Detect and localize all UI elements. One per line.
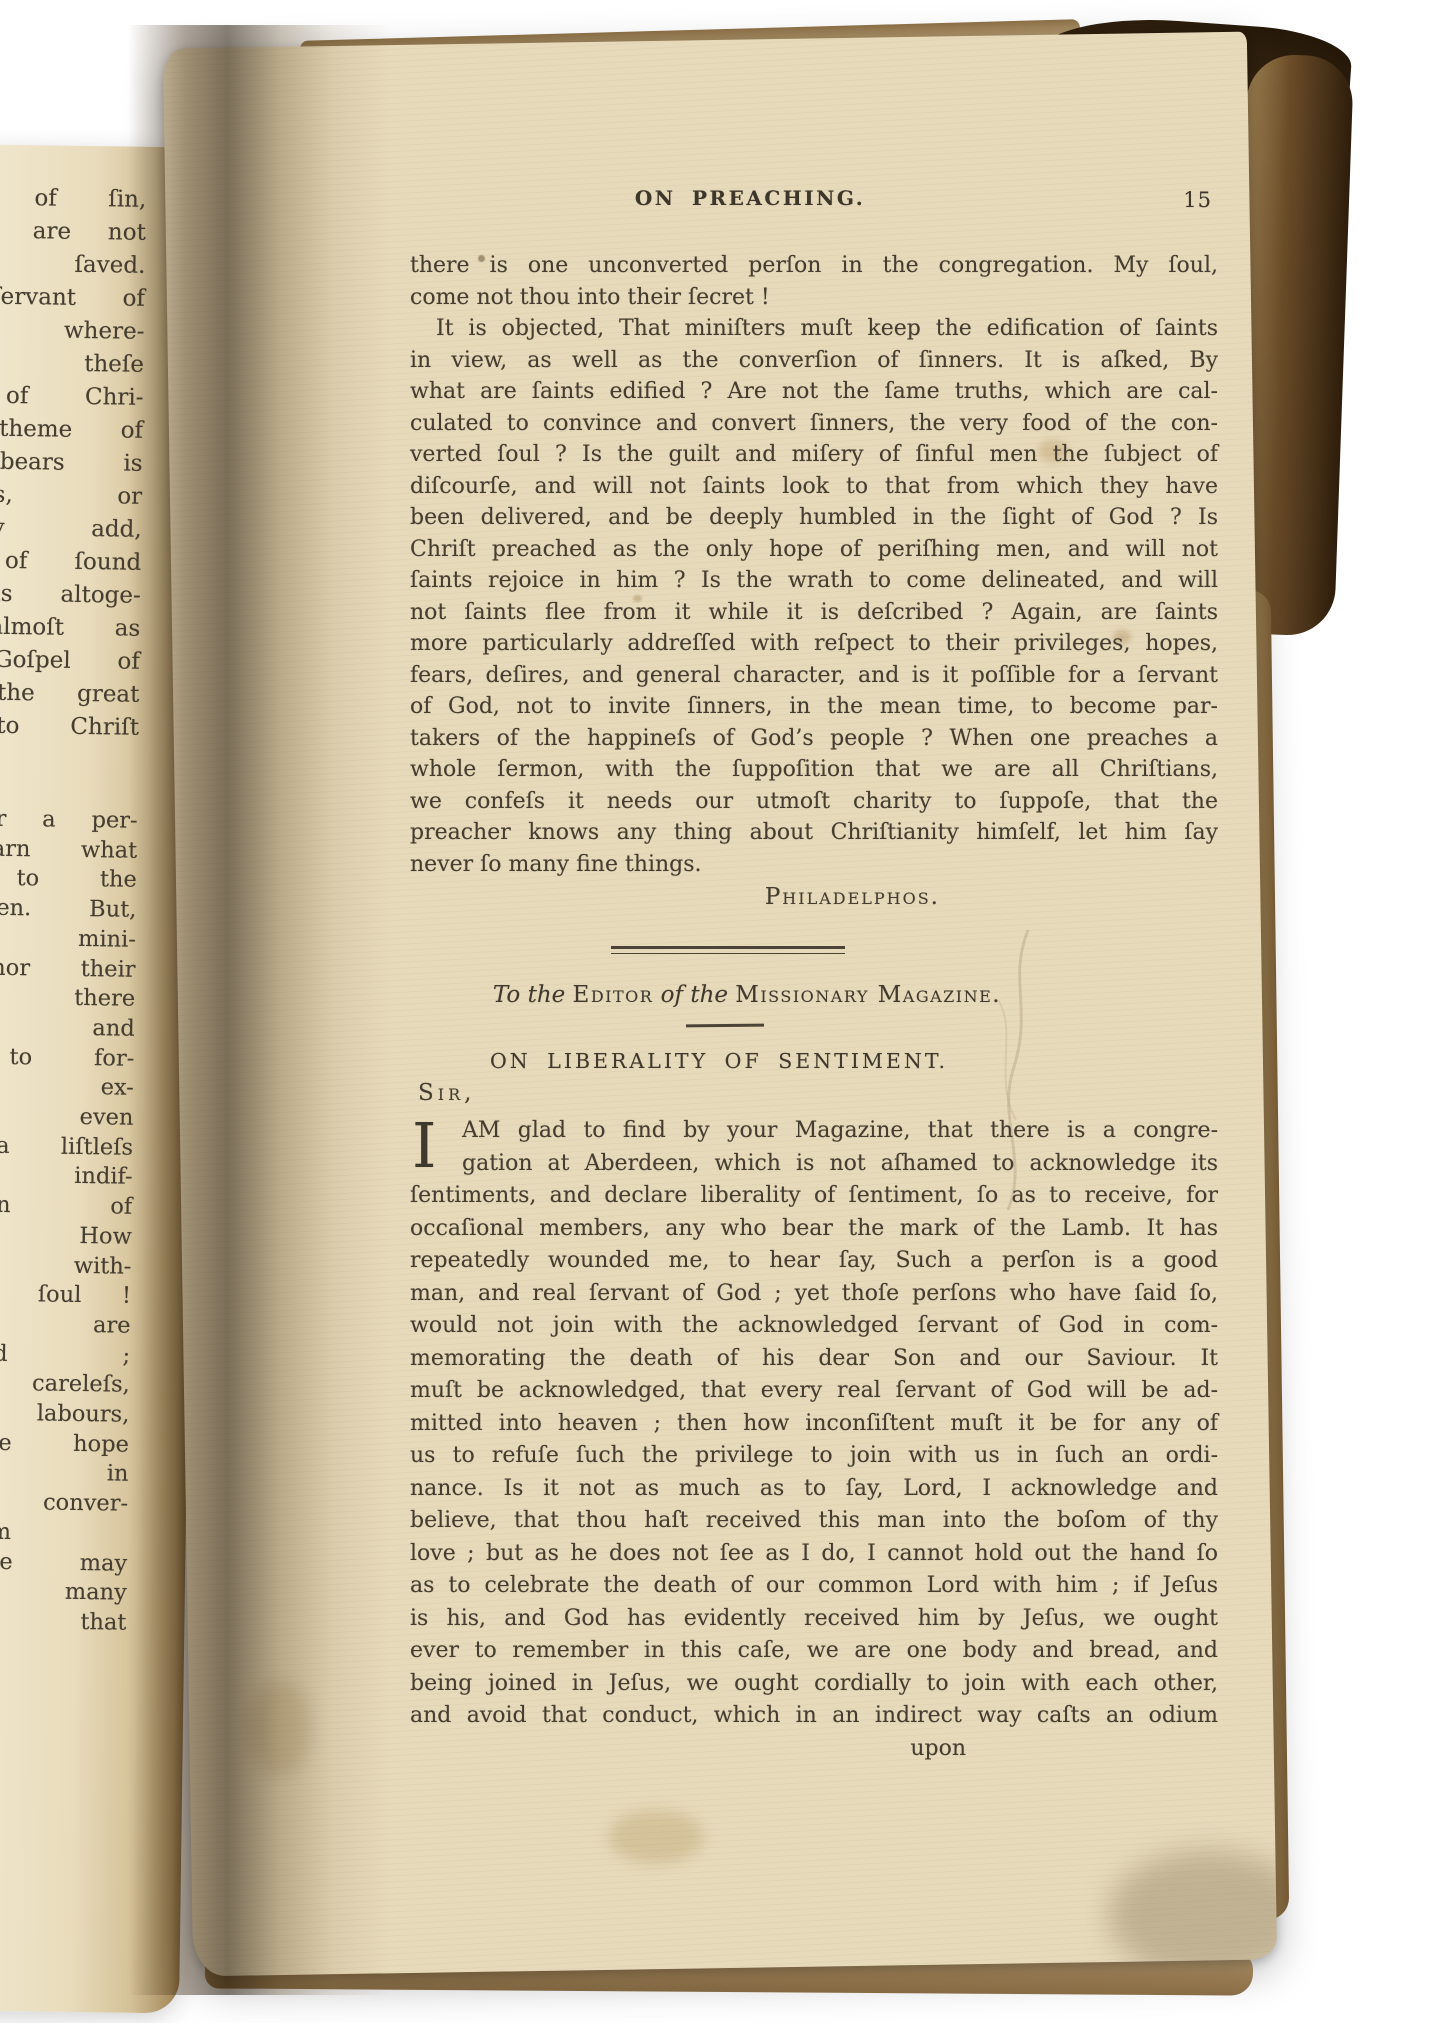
text-column: ON PREACHING. 15 there is one unconverte… xyxy=(410,186,1218,1765)
text-line: onverſion of xyxy=(0,1190,132,1223)
salutation: Sir, xyxy=(410,1080,1218,1106)
text-line: nd ſaved. xyxy=(0,247,146,283)
text-line: times, even xyxy=(0,1101,134,1134)
letter-body-wrap: I AM glad to find by your Magazine, that… xyxy=(410,1115,1218,1733)
text-line: whole ſermon, with the ſuppoſition that … xyxy=(410,754,1218,786)
text-line: preacher knows any thing about Chriſtian… xyxy=(410,817,1218,849)
text-line: This indif- xyxy=(0,1160,133,1193)
facing-page-text-top: world of ſin,tations are notnd ſaved.ful… xyxy=(0,181,147,745)
text-line: er nor a per- xyxy=(0,804,138,837)
article-body: there is one unconverted perſon in the c… xyxy=(410,250,1218,880)
text-line: us to refuſe ſuch the privilege to join … xyxy=(410,1440,1218,1473)
heading-segment: To the xyxy=(493,982,573,1008)
running-header: ON PREACHING. 15 xyxy=(410,186,1218,218)
text-line: e, he may xyxy=(0,1546,127,1579)
text-line: AM glad to find by your Magazine, that t… xyxy=(410,1115,1218,1148)
text-line: Chriſt preached as the only hope of peri… xyxy=(410,534,1218,566)
text-line: verted ſoul ? Is the guilt and miſery of… xyxy=(410,439,1218,471)
text-line: love ; but as he does not ſee as I do, I… xyxy=(410,1538,1218,1571)
text-line: in view, as well as the converſion of ſi… xyxy=(410,345,1218,377)
text-line: Goſpel are xyxy=(0,1308,131,1341)
text-line: not ſaints flee from it while it is deſc… xyxy=(410,597,1218,629)
text-line: man, and real ſervant of God ; yet thoſe… xyxy=(410,1278,1218,1311)
text-line: never ſo many fine things. xyxy=(410,849,1218,881)
text-line: o learn what xyxy=(0,833,137,866)
text-line: leaves theſe xyxy=(0,346,144,382)
short-rule-divider xyxy=(686,1024,764,1028)
text-line: termitted ; xyxy=(0,1338,130,1371)
text-line: ny conver- xyxy=(0,1487,128,1520)
text-line: nance. Is it not as much as to ſay, Lord… xyxy=(410,1473,1218,1506)
text-line: gation at Aberdeen, which is not aſhamed… xyxy=(410,1148,1218,1181)
drop-cap: I xyxy=(412,1118,437,1174)
text-line: ered, with- xyxy=(0,1249,132,1282)
heading-segment: of the xyxy=(653,982,735,1008)
text-line: appears, or xyxy=(0,478,142,514)
text-line: ths of Chri- xyxy=(0,379,144,415)
text-line: tations are not xyxy=(0,214,146,250)
text-line: ime, to the xyxy=(0,863,137,896)
text-line: we confeſs it needs our utmoſt charity t… xyxy=(410,786,1218,818)
text-line: picion that xyxy=(0,1605,127,1638)
text-line: me, a liſtleſs xyxy=(0,1130,133,1163)
text-line: rceptible in xyxy=(0,1457,129,1490)
text-line: takers of the happineſs of God’s people … xyxy=(410,723,1218,755)
page-number: 15 xyxy=(1183,188,1212,212)
text-line: ers to Chriſt xyxy=(0,709,139,745)
text-line: muſt be acknowledged, that every real ſe… xyxy=(410,1375,1218,1408)
text-line: what are ſaints edified ? Are not the ſa… xyxy=(410,376,1218,408)
text-line: g one ſoul ! xyxy=(0,1279,131,1312)
text-line: lukewarm xyxy=(0,1516,128,1549)
text-line: the Goſpel of xyxy=(0,643,140,679)
page-title: ON PREACHING. xyxy=(635,186,865,210)
text-line: ſaints rejoice in him ? Is the wrath to … xyxy=(410,565,1218,597)
text-line: It is objected, That miniſters muſt keep… xyxy=(410,313,1218,345)
text-line: he bears is xyxy=(0,445,143,481)
text-line: diſcourſe, and will not ſaints look to t… xyxy=(410,471,1218,503)
text-line: greateſt ex- xyxy=(0,1071,134,1104)
text-line: culated to convince and convert ſinners,… xyxy=(410,408,1218,440)
text-line: ful ſervant of xyxy=(0,280,145,316)
text-line: more particularly addreſſed with reſpect… xyxy=(410,628,1218,660)
double-rule-divider xyxy=(611,946,845,954)
text-line: words, where- xyxy=(0,313,145,349)
text-line: there xyxy=(0,1635,126,1668)
paper-stain xyxy=(608,1810,704,1864)
text-line: bours, there xyxy=(0,982,135,1015)
text-line: memorating the death of his dear Son and… xyxy=(410,1343,1218,1376)
text-line: been delivered, and be deeply humbled in… xyxy=(410,502,1218,534)
text-line: believe, that thou haſt received this ma… xyxy=(410,1505,1218,1538)
text-line: as to celebrate the death of our common … xyxy=(410,1570,1218,1603)
text-line: ever to remember in this caſe, we are on… xyxy=(410,1635,1218,1668)
facing-page-text-bottom: er nor a per-o learn whatime, to ther me… xyxy=(0,804,138,1669)
text-line: eal is altoge- xyxy=(0,577,141,613)
text-line: the theme of xyxy=(0,412,143,448)
text-line: like many xyxy=(0,1576,127,1609)
text-line: umility and xyxy=(0,1011,135,1044)
text-line: n the hope xyxy=(0,1427,129,1460)
paper-stain xyxy=(248,1680,312,1776)
heading-segment: Missionary Magazine. xyxy=(735,982,1001,1008)
book-photo: world of ſin,tations are notnd ſaved.ful… xyxy=(0,0,1445,2023)
text-line: ſcarcely add, xyxy=(0,511,142,547)
text-line: and avoid that conduct, which in an indi… xyxy=(410,1700,1218,1733)
text-line: ood. How xyxy=(0,1219,132,1252)
main-page: ON PREACHING. 15 there is one unconverte… xyxy=(163,32,1277,1977)
text-line: ſentiments, and declare liberality of ſe… xyxy=(410,1180,1218,1213)
letter-body: AM glad to find by your Magazine, that t… xyxy=(410,1115,1218,1733)
text-line: mitted into heaven ; then how inconſiſte… xyxy=(410,1408,1218,1441)
text-line: would not join with the acknowledged ſer… xyxy=(410,1310,1218,1343)
text-line: many mini- xyxy=(0,922,136,955)
text-line: ind, to for- xyxy=(0,1041,134,1074)
main-page-surface: ON PREACHING. 15 there is one unconverte… xyxy=(178,40,1262,1968)
text-line: ows the great xyxy=(0,676,140,712)
article-signature: Philadelphos. xyxy=(410,884,1218,910)
text-line: fears, deſires, and general character, a… xyxy=(410,660,1218,692)
text-line: world of ſin, xyxy=(0,181,147,217)
text-line: of God, not to invite ſinners, in the me… xyxy=(410,691,1218,723)
text-line: come not thou into their ſecret ! xyxy=(410,282,1218,314)
text-line: repeatedly wounded me, to hear ſay, Such… xyxy=(410,1245,1218,1278)
text-line: aſe nor their xyxy=(0,952,136,985)
text-line: d labours, xyxy=(0,1398,130,1431)
text-line: orm of ſound xyxy=(0,544,141,580)
letter-heading: To the Editor of the Missionary Magazine… xyxy=(343,982,1151,1008)
page-corner-shadow xyxy=(1108,1850,1277,1976)
catchword: upon xyxy=(410,1733,1218,1766)
heading-segment: Editor xyxy=(573,982,654,1008)
text-line: being joined in Jeſus, we ought cordiall… xyxy=(410,1668,1218,1701)
text-line: occaſional members, any who bear the mar… xyxy=(410,1213,1218,1246)
text-line: be almoſt as xyxy=(0,610,141,646)
section-title: ON LIBERALITY OF SENTIMENT. xyxy=(315,1049,1123,1073)
text-line: is his, and God has evidently received h… xyxy=(410,1603,1218,1636)
text-line: nd careleſs, xyxy=(0,1368,130,1401)
text-line: r men. But, xyxy=(0,893,137,926)
text-line: there is one unconverted perſon in the c… xyxy=(410,250,1218,282)
